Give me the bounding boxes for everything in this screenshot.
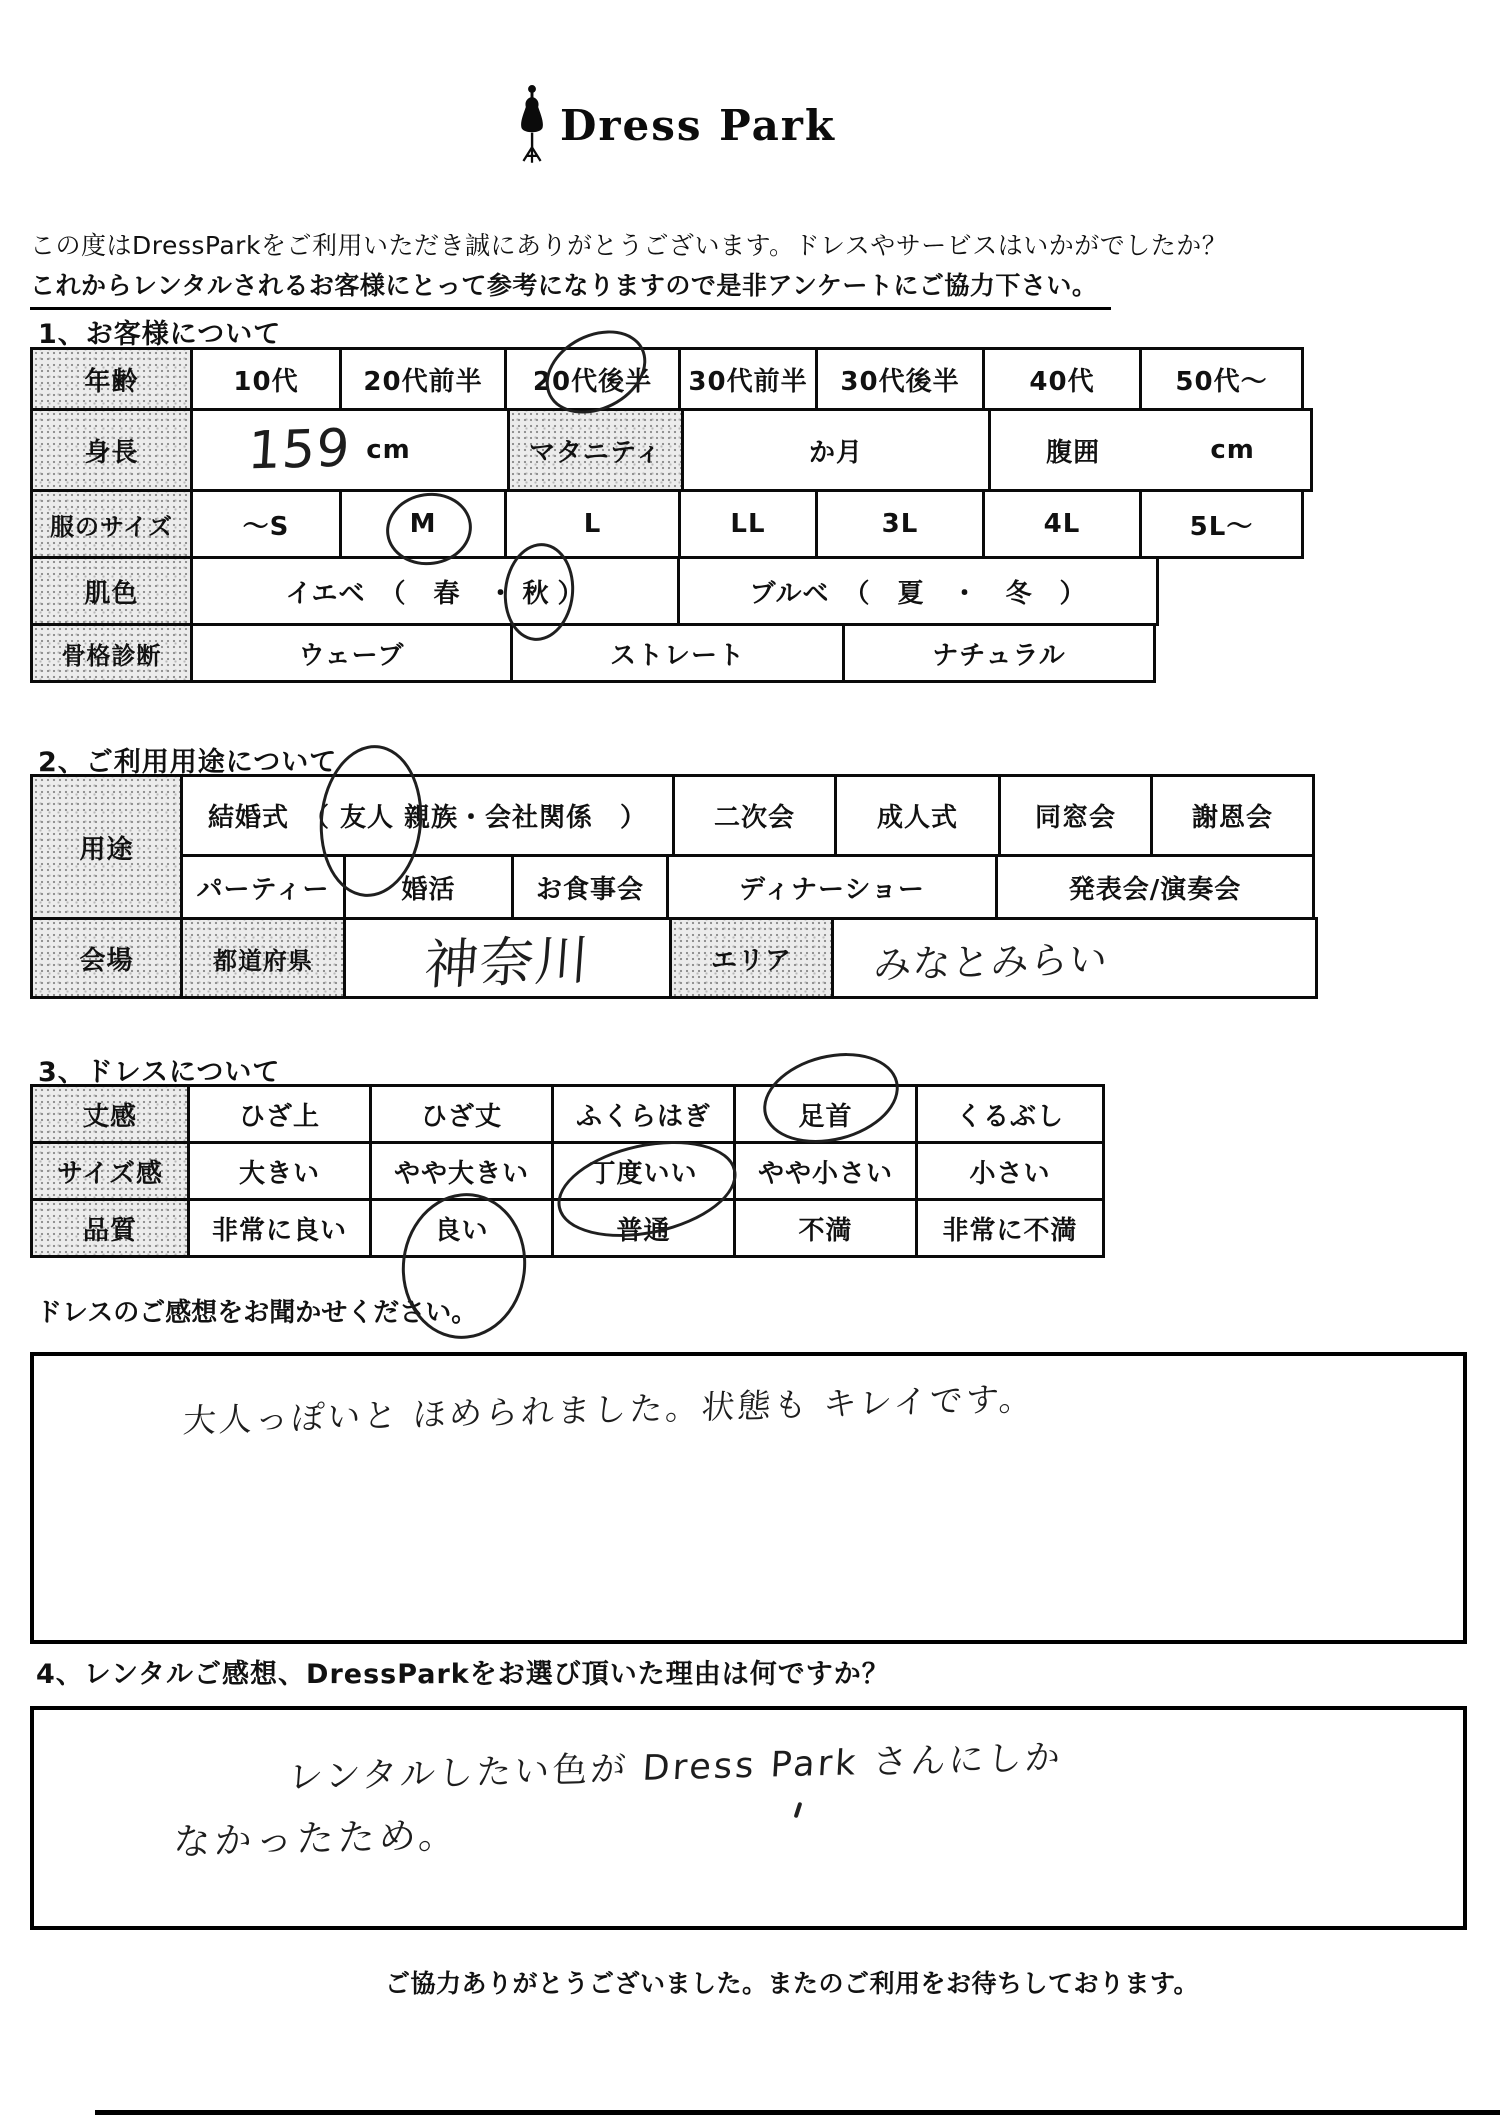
skin-autumn-wrap: 秋 xyxy=(522,573,549,610)
size-option-3l: 3L xyxy=(815,489,985,559)
prefecture-header: 都道府県 xyxy=(180,917,346,999)
age-option-40s: 40代 xyxy=(982,347,1142,411)
customer-table: 年齢 10代 20代前半 20代後半 30代前半 30代後半 40代 50代～ … xyxy=(30,347,1313,683)
dress-form-icon xyxy=(514,82,550,168)
purpose-wedding-cell: 結婚式 （ 友人 親族・会社関係 ） xyxy=(180,774,675,857)
reason-handwritten-line2: なかったため。 xyxy=(172,1804,461,1865)
purpose-options: 結婚式 （ 友人 親族・会社関係 ） 二次会 成人式 同窓会 謝恩会 パーティー… xyxy=(180,774,1315,920)
skeleton-row: 骨格診断 ウェーブ ストレート ナチュラル xyxy=(30,623,1313,683)
fit-row: サイズ感 大きい やや大きい 丁度いい やや小さい 小さい xyxy=(30,1141,1105,1201)
section4-title: 4、レンタルご感想、DressParkをお選び頂いた理由は何ですか？ xyxy=(36,1652,890,1691)
feedback-handwritten: 大人っぽいと ほめられました。状態も キレイです。 xyxy=(182,1373,1037,1442)
girth-label: 腹囲 xyxy=(1046,432,1100,469)
venue-header: 会場 xyxy=(30,917,183,999)
scan-artifact-line xyxy=(95,2110,1500,2115)
quality-option-futsuu: 普通 xyxy=(551,1198,736,1258)
skin-header: 肌色 xyxy=(30,556,193,626)
length-row: 丈感 ひざ上 ひざ丈 ふくらはぎ 足首 くるぶし xyxy=(30,1084,1105,1144)
wedding-friend-wrap: 友人 xyxy=(340,797,394,834)
size-option-s: ～S xyxy=(190,489,342,559)
size-option-ll: LL xyxy=(678,489,818,559)
purpose-row1: 結婚式 （ 友人 親族・会社関係 ） 二次会 成人式 同窓会 謝恩会 xyxy=(180,774,1315,857)
maternity-cell: マタニティ xyxy=(507,408,684,492)
feedback-prompt: ドレスのご感想をお聞かせください。 xyxy=(36,1292,477,1329)
purpose-option-happyoukai: 発表会/演奏会 xyxy=(995,854,1315,920)
reason-box: レンタルしたい色が Dress Park さんにしか なかったため。 xyxy=(30,1706,1467,1930)
wedding-suffix: 親族・会社関係 ） xyxy=(404,797,647,834)
length-option-fukurahagi: ふくらはぎ xyxy=(551,1084,736,1144)
fit-header: サイズ感 xyxy=(30,1141,190,1201)
age-option-30s-late: 30代後半 xyxy=(815,347,985,411)
age-option-20s-late: 20代後半 xyxy=(504,347,681,411)
quality-option-yoi-label: 良い xyxy=(434,1210,488,1247)
quality-header: 品質 xyxy=(30,1198,190,1258)
purpose-option-shaonkai: 謝恩会 xyxy=(1150,774,1315,857)
purpose-option-party: パーティー xyxy=(180,854,346,920)
dress-table: 丈感 ひざ上 ひざ丈 ふくらはぎ 足首 くるぶし サイズ感 大きい やや大きい … xyxy=(30,1084,1105,1258)
logo: Dress Park xyxy=(0,82,1425,168)
fit-option-choudoii-label: 丁度いい xyxy=(589,1153,697,1190)
length-option-hizatake: ひざ丈 xyxy=(369,1084,554,1144)
height-handwritten-value: 159 xyxy=(246,419,352,482)
fit-option-choudoii: 丁度いい xyxy=(551,1141,736,1201)
prefecture-value-cell: 神奈川 xyxy=(343,917,672,999)
height-row: 身長 159 cm マタニティ か月 腹囲 cm xyxy=(30,408,1313,492)
purpose-option-konkatsu: 婚活 xyxy=(343,854,514,920)
age-option-10s: 10代 xyxy=(190,347,342,411)
quality-option-hijouni-fuman: 非常に不満 xyxy=(915,1198,1105,1258)
usage-table: 用途 結婚式 （ 友人 親族・会社関係 ） 二次会 成人式 同窓会 謝恩会 パー… xyxy=(30,774,1318,999)
size-option-m: M xyxy=(339,489,507,559)
stray-pen-mark xyxy=(794,1802,803,1818)
brand-name: Dress Park xyxy=(560,101,836,150)
length-option-kurubushi: くるぶし xyxy=(915,1084,1105,1144)
girth-cell: 腹囲 cm xyxy=(988,408,1313,492)
quality-option-yoi: 良い xyxy=(369,1198,554,1258)
maternity-months-cell: か月 xyxy=(681,408,991,492)
length-header: 丈感 xyxy=(30,1084,190,1144)
size-row: 服のサイズ ～S M L LL 3L 4L 5L～ xyxy=(30,489,1313,559)
purpose-header: 用途 xyxy=(30,774,183,920)
length-option-hizaue: ひざ上 xyxy=(187,1084,372,1144)
size-header: 服のサイズ xyxy=(30,489,193,559)
skin-yellow-base-cell: イエベ （ 春 ・ 秋 ） xyxy=(190,556,680,626)
venue-row: 会場 都道府県 神奈川 エリア みなとみらい xyxy=(30,917,1318,999)
quality-row: 品質 非常に良い 良い 普通 不満 非常に不満 xyxy=(30,1198,1105,1258)
intro-line2: これからレンタルされるお客様にとって参考になりますので是非アンケートにご協力下さ… xyxy=(30,266,1111,310)
age-header: 年齢 xyxy=(30,347,193,411)
age-option-30s-early: 30代前半 xyxy=(678,347,818,411)
section1-title: 1、お客様について xyxy=(38,312,281,351)
footer-thanks: ご協力ありがとうございました。またのご利用をお待ちしております。 xyxy=(385,1964,1199,2000)
fit-option-ookii: 大きい xyxy=(187,1141,372,1201)
feedback-box: 大人っぽいと ほめられました。状態も キレイです。 xyxy=(30,1352,1467,1644)
purpose-option-dousoukai: 同窓会 xyxy=(998,774,1153,857)
prefecture-handwritten: 神奈川 xyxy=(422,917,593,1000)
fit-option-chiisai: 小さい xyxy=(915,1141,1105,1201)
area-handwritten: みなとみらい xyxy=(872,927,1110,988)
purpose-option-seijinshiki: 成人式 xyxy=(834,774,1001,857)
wedding-prefix: 結婚式 （ xyxy=(208,797,330,834)
skin-blue-base-cell: ブルベ （ 夏 ・ 冬 ） xyxy=(677,556,1159,626)
skeleton-option-straight: ストレート xyxy=(510,623,845,683)
fit-option-yaya-ookii: やや大きい xyxy=(369,1141,554,1201)
age-option-20s-early: 20代前半 xyxy=(339,347,507,411)
height-unit: cm xyxy=(366,435,411,465)
area-header: エリア xyxy=(669,917,834,999)
purpose-option-nijikai: 二次会 xyxy=(672,774,837,857)
skin-yellow-prefix: イエベ （ 春 ・ xyxy=(286,573,515,610)
skin-yellow-suffix: ） xyxy=(557,573,584,610)
age-option-50s: 50代～ xyxy=(1139,347,1304,411)
purpose-rows: 用途 結婚式 （ 友人 親族・会社関係 ） 二次会 成人式 同窓会 謝恩会 パー… xyxy=(30,774,1318,920)
size-option-5l: 5L～ xyxy=(1139,489,1304,559)
purpose-option-oshokujikai: お食事会 xyxy=(511,854,669,920)
purpose-row2: パーティー 婚活 お食事会 ディナーショー 発表会/演奏会 xyxy=(180,854,1315,920)
fit-option-yaya-chiisai: やや小さい xyxy=(733,1141,918,1201)
age-row: 年齢 10代 20代前半 20代後半 30代前半 30代後半 40代 50代～ xyxy=(30,347,1313,411)
age-option-20s-late-label: 20代後半 xyxy=(533,361,652,398)
height-value-cell: 159 cm xyxy=(190,408,510,492)
intro-line1: この度はDressParkをご利用いただき誠にありがとうございます。ドレスやサー… xyxy=(30,226,1227,262)
length-option-ashikubi: 足首 xyxy=(733,1084,918,1144)
skin-autumn-label: 秋 xyxy=(522,579,549,609)
size-option-4l: 4L xyxy=(982,489,1142,559)
size-option-l: L xyxy=(504,489,681,559)
quality-option-fuman: 不満 xyxy=(733,1198,918,1258)
quality-option-hijouni-yoi: 非常に良い xyxy=(187,1198,372,1258)
size-option-m-label: M xyxy=(410,509,437,539)
skeleton-header: 骨格診断 xyxy=(30,623,193,683)
purpose-option-dinnershow: ディナーショー xyxy=(666,854,998,920)
girth-unit: cm xyxy=(1210,435,1255,465)
wedding-friend-label: 友人 xyxy=(340,803,394,833)
area-value-cell: みなとみらい xyxy=(831,917,1318,999)
height-header: 身長 xyxy=(30,408,193,492)
skeleton-option-natural: ナチュラル xyxy=(842,623,1156,683)
reason-handwritten-line1: レンタルしたい色が Dress Park さんにしか xyxy=(287,1730,1065,1800)
skeleton-option-wave: ウェーブ xyxy=(190,623,513,683)
skin-row: 肌色 イエベ （ 春 ・ 秋 ） ブルベ （ 夏 ・ 冬 ） xyxy=(30,556,1313,626)
length-option-ashikubi-label: 足首 xyxy=(798,1096,852,1133)
